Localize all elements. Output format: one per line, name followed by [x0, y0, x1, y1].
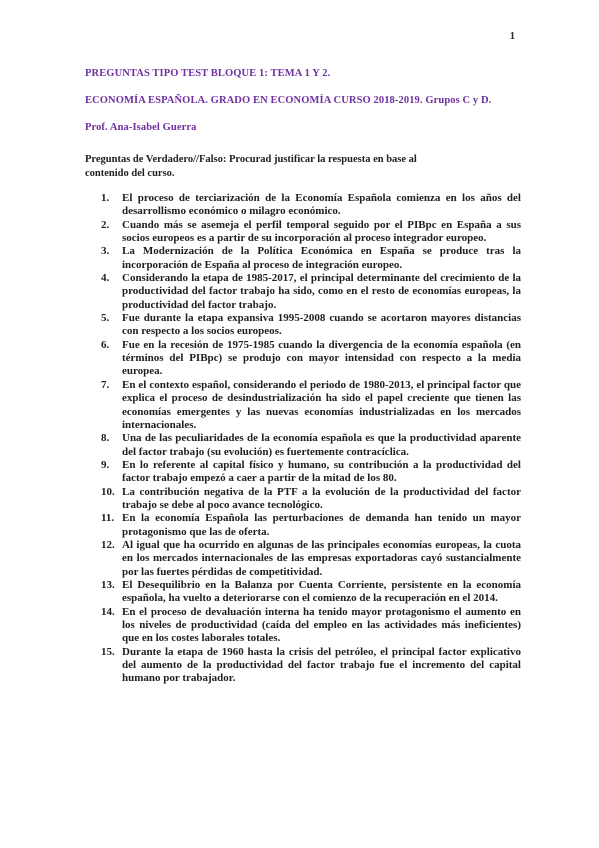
question-item-5: Fue durante la etapa expansiva 1995-2008… — [101, 312, 521, 339]
question-item-7: En el contexto español, considerando el … — [101, 379, 521, 432]
page-number: 1 — [510, 31, 515, 42]
page-content: PREGUNTAS TIPO TEST BLOQUE 1: TEMA 1 Y 2… — [0, 0, 599, 686]
professor-name: Prof. Ana-Isabel Guerra — [85, 121, 521, 135]
question-item-10: La contribución negativa de la PTF a la … — [101, 486, 521, 513]
question-item-4: Considerando la etapa de 1985-2017, el p… — [101, 272, 521, 312]
question-list: El proceso de terciarización de la Econo… — [101, 192, 521, 686]
question-item-9: En lo referente al capital físico y huma… — [101, 459, 521, 486]
instructions-line-1: Preguntas de Verdadero//Falso: Procurad … — [85, 153, 521, 167]
course-subtitle: ECONOMÍA ESPAÑOLA. GRADO EN ECONOMÍA CUR… — [85, 94, 521, 108]
question-item-1: El proceso de terciarización de la Econo… — [101, 192, 521, 219]
question-item-3: La Modernización de la Política Económic… — [101, 245, 521, 272]
instructions-line-2: contenido del curso. — [85, 167, 521, 181]
question-item-12: Al igual que ha ocurrido en algunas de l… — [101, 539, 521, 579]
question-item-14: En el proceso de devaluación interna ha … — [101, 606, 521, 646]
question-item-15: Durante la etapa de 1960 hasta la crisis… — [101, 646, 521, 686]
question-item-6: Fue en la recesión de 1975-1985 cuando l… — [101, 339, 521, 379]
question-item-2: Cuando más se asemeja el perfil temporal… — [101, 219, 521, 246]
question-item-11: En la economía Española las perturbacion… — [101, 512, 521, 539]
document-page: 1 PREGUNTAS TIPO TEST BLOQUE 1: TEMA 1 Y… — [0, 0, 599, 848]
instructions-paragraph: Preguntas de Verdadero//Falso: Procurad … — [85, 153, 521, 180]
document-title: PREGUNTAS TIPO TEST BLOQUE 1: TEMA 1 Y 2… — [85, 67, 521, 81]
question-item-8: Una de las peculiaridades de la economía… — [101, 432, 521, 459]
question-item-13: El Desequilibrio en la Balanza por Cuent… — [101, 579, 521, 606]
